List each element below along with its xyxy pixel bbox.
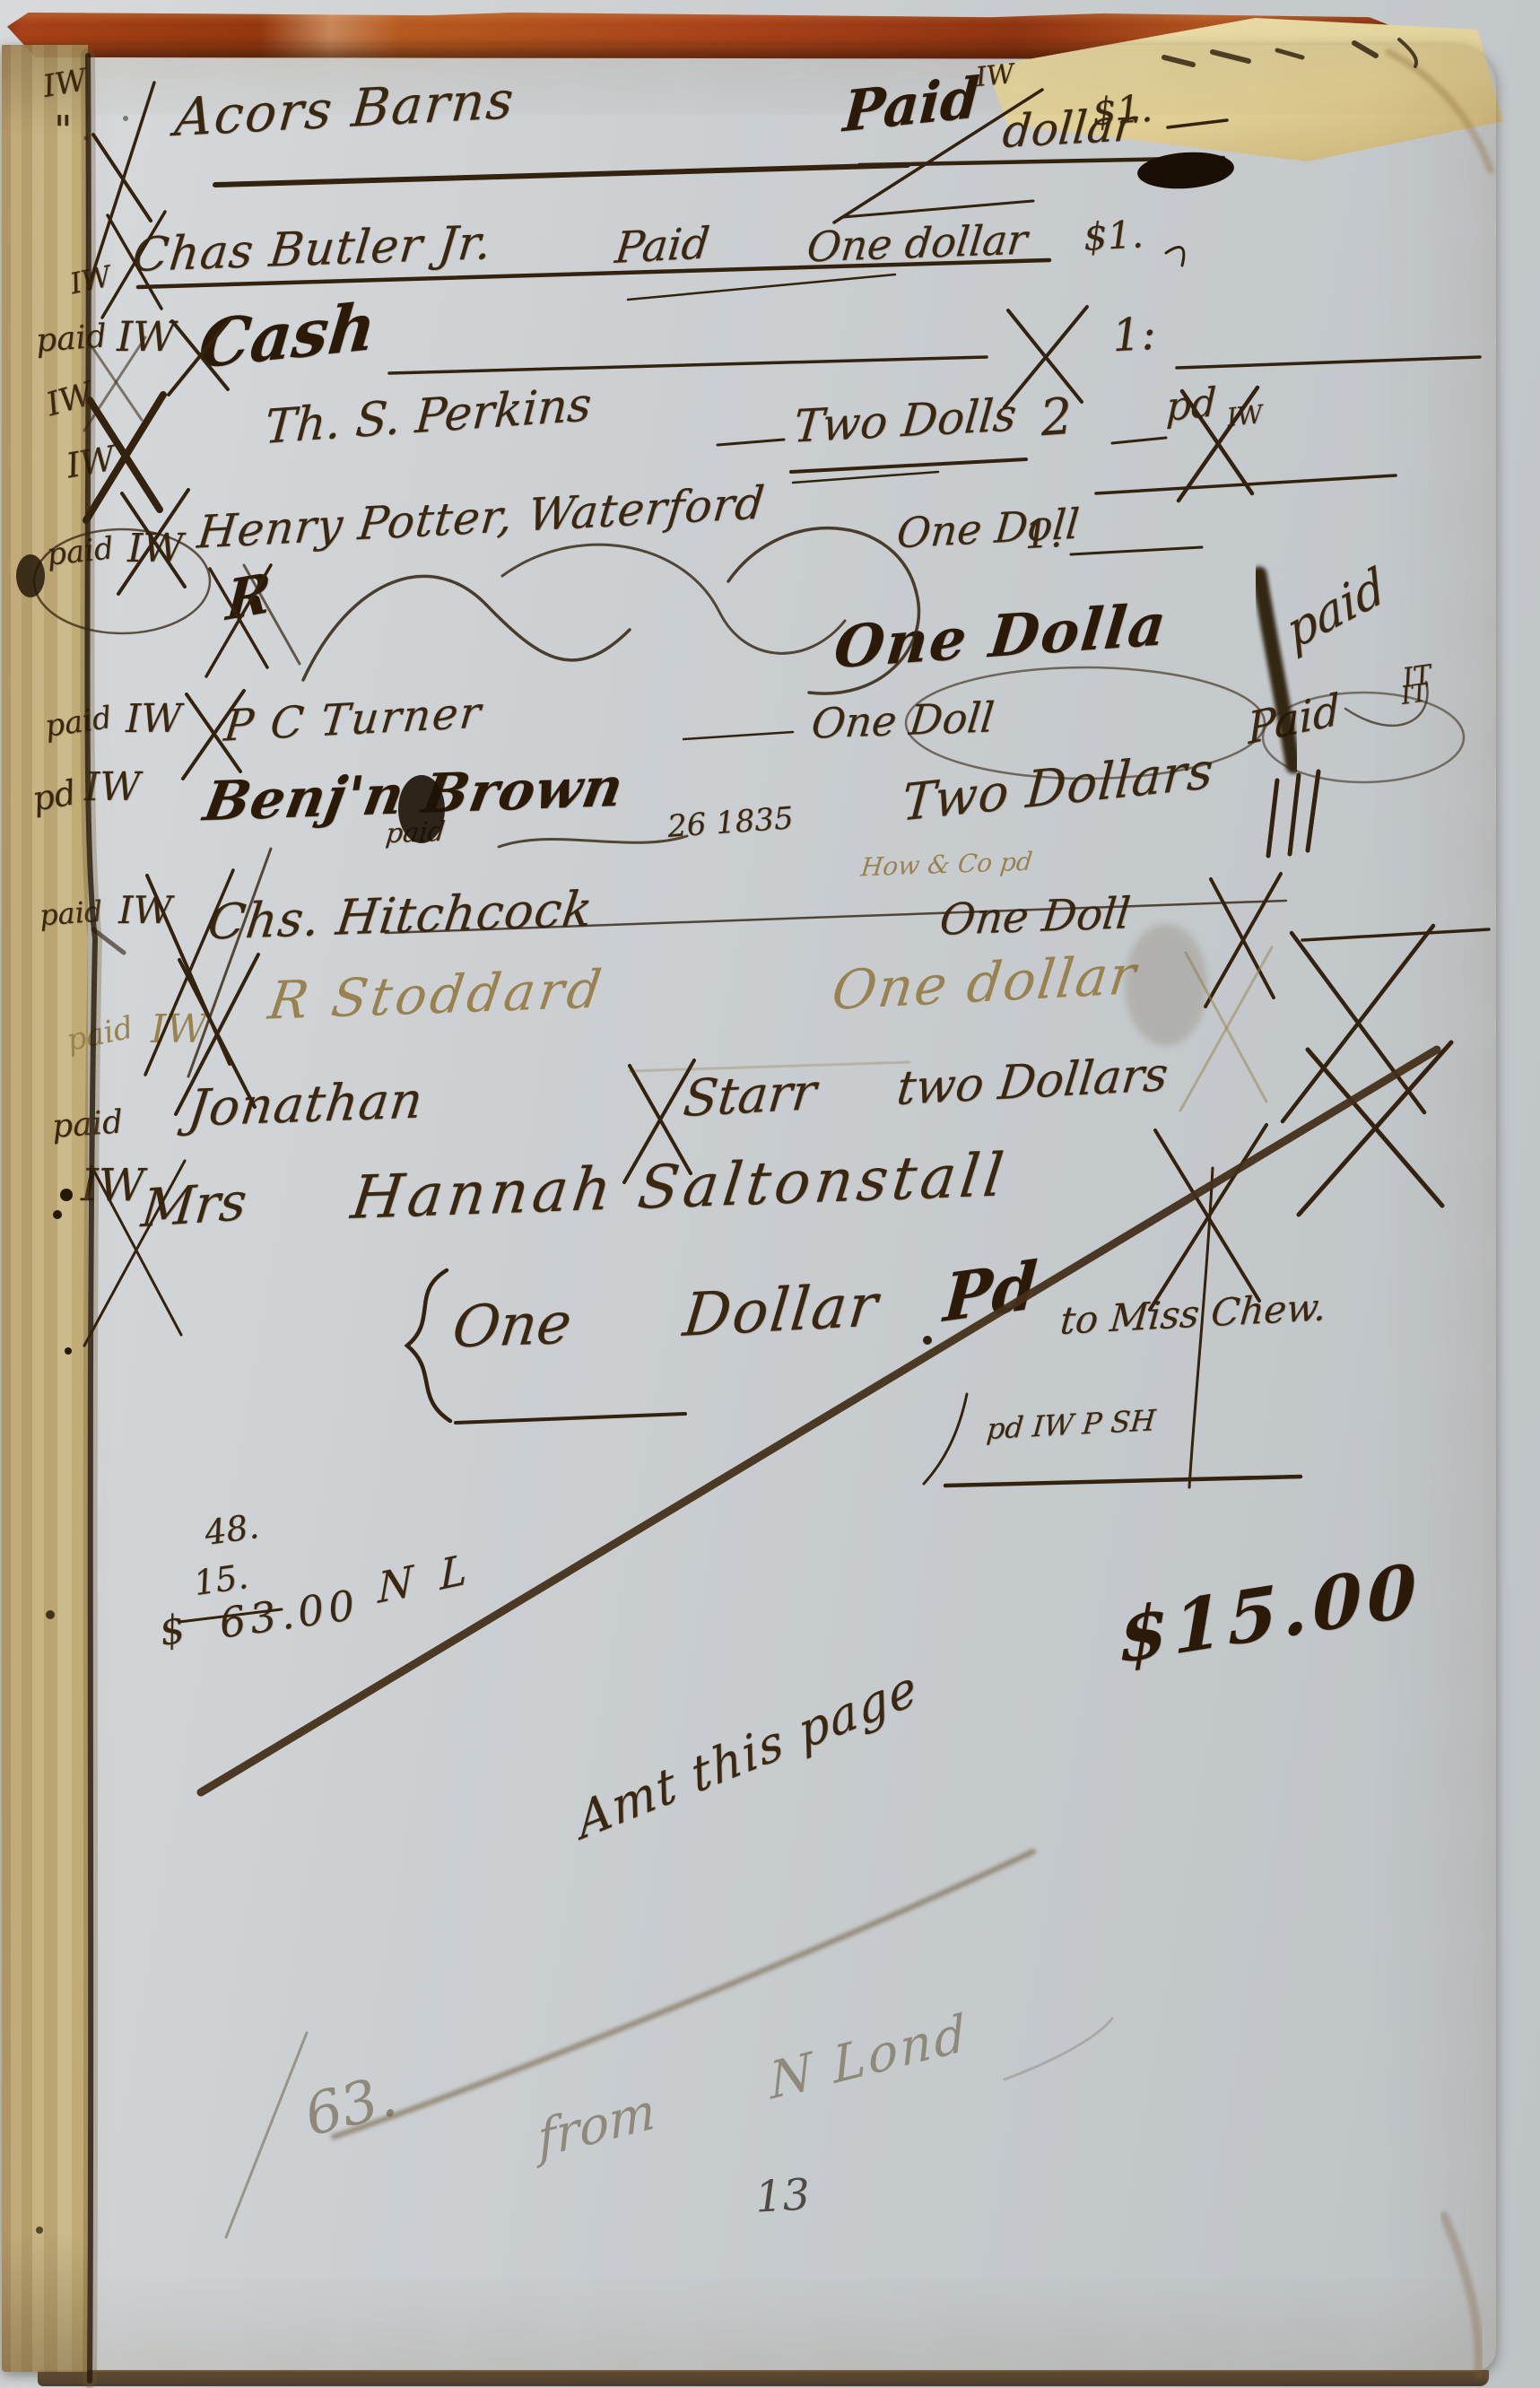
- entry-unit: two Dollars: [894, 1051, 1170, 1112]
- entry-unit: One Doll: [938, 892, 1133, 942]
- entry-prefix: Mrs: [139, 1175, 249, 1235]
- entry-interline-date: 26 1835: [666, 803, 795, 842]
- entry-name: R: [224, 566, 272, 629]
- margin-note: paid: [43, 702, 114, 742]
- entry-unit-second: Dollar: [681, 1276, 882, 1346]
- margin-note: pd: [30, 775, 79, 816]
- margin-note-initials: IW: [117, 316, 175, 357]
- margin-ditto-mark: ": [54, 111, 72, 151]
- entry-name: Chas Butler Jr.: [130, 220, 494, 279]
- entry-amount: 2: [1039, 392, 1074, 444]
- entry-tail-note: pd: [1165, 383, 1217, 428]
- entry-name: Cash: [196, 293, 378, 378]
- margin-note: paid: [39, 897, 103, 930]
- entry-name-second: Starr: [681, 1068, 819, 1125]
- margin-note: paid: [35, 320, 108, 357]
- entry-amount: $1.: [1092, 90, 1154, 132]
- sum-mid: 15.: [192, 1559, 250, 1600]
- entry-unit: One dollar: [805, 219, 1030, 268]
- margin-note: IW: [67, 262, 113, 299]
- margin-note: paid: [45, 533, 115, 571]
- entry-amount: 1:: [1111, 311, 1157, 358]
- entry-name: Jonathan: [186, 1076, 426, 1134]
- entry-interline-note: paid: [384, 819, 446, 848]
- margin-note-initials: IW: [81, 1163, 144, 1207]
- entry-note-small: pd IW P SH: [986, 1406, 1157, 1443]
- entry-note-pd: Pd: [942, 1252, 1040, 1331]
- entry-name: Chs. Hitchcock: [205, 885, 596, 946]
- entry-paid-initials: IW: [975, 61, 1016, 92]
- margin-note-initials: IW: [151, 1010, 207, 1050]
- margin-note-initials: IW: [118, 892, 172, 929]
- entry-amount: 1.: [1023, 514, 1063, 555]
- entry-tail-initials: IT: [1399, 680, 1429, 709]
- margin-note: IW: [40, 65, 89, 102]
- margin-note: paid: [51, 1106, 124, 1143]
- entry-unit: One: [449, 1295, 574, 1357]
- margin-note-initials: IW: [126, 700, 182, 739]
- entry-paid-note: Paid: [841, 70, 981, 141]
- entry-interline-note2: How & Co pd: [860, 850, 1034, 881]
- entry-unit: One dollar: [830, 948, 1141, 1018]
- entry-unit: Two Dolls: [792, 392, 1018, 449]
- book-bottom-edge: [38, 2370, 1489, 2386]
- margin-note-initials: IW: [84, 768, 141, 807]
- entry-name: P C Turner: [222, 691, 484, 747]
- sum-top: 48.: [203, 1509, 261, 1550]
- page-number: 13: [754, 2173, 812, 2218]
- margin-note-initials: IW: [127, 529, 184, 569]
- entry-unit: One Doll: [810, 696, 996, 744]
- entry-amount: $1.: [1083, 215, 1144, 256]
- entry-paid-note: Paid: [613, 222, 712, 270]
- entry-name: R Stoddard: [265, 963, 608, 1026]
- ledger-scan: IW " IW paid IW IW IW paid IW paid IW pd…: [0, 0, 1540, 2388]
- entry-tail-initials: IW: [1226, 402, 1265, 431]
- margin-note: IW: [64, 441, 117, 484]
